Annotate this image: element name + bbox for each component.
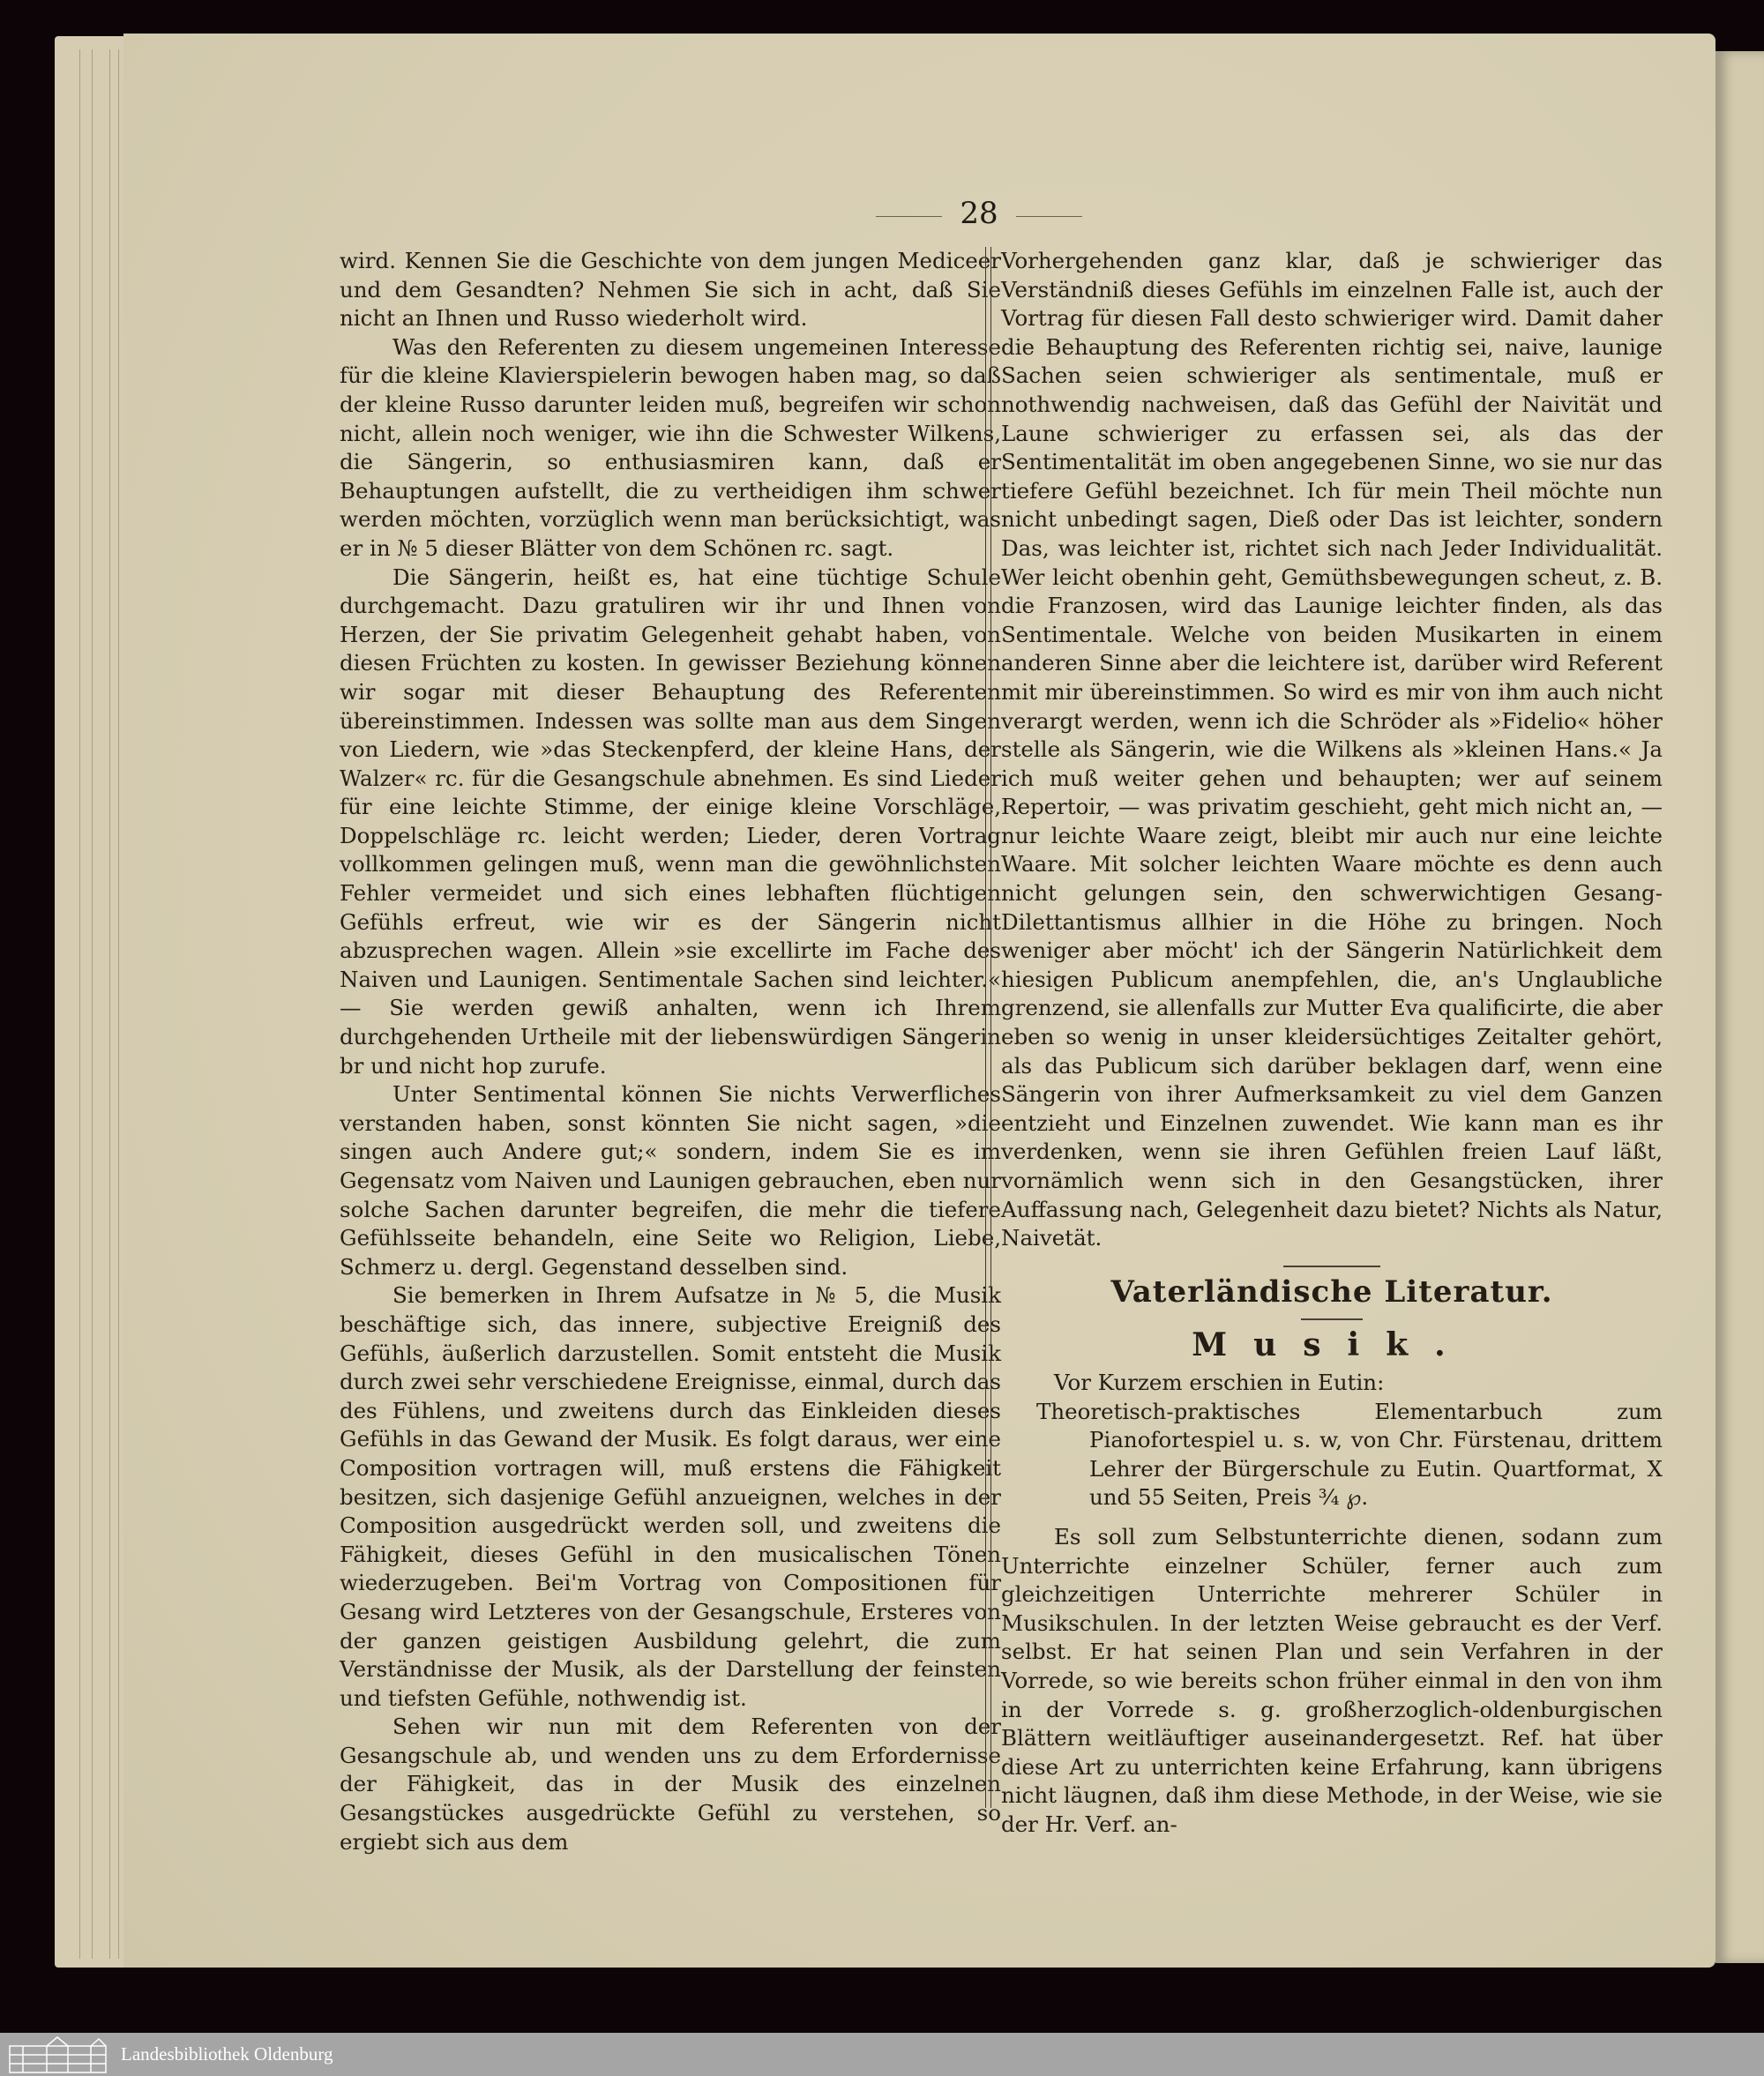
right-column: Vorhergehenden ganz klar, daß je schwier… xyxy=(1001,247,1663,1839)
subsection-title: Musik. xyxy=(1001,1331,1663,1360)
column-divider xyxy=(985,247,991,1808)
review-paragraph: Es soll zum Selbstunterrichte dienen, so… xyxy=(1001,1523,1663,1840)
left-column: wird. Kennen Sie die Geschichte von dem … xyxy=(340,247,1001,1856)
paragraph: Sie bemerken in Ihrem Aufsatze in № 5, d… xyxy=(340,1281,1001,1713)
header-rule-right xyxy=(1016,216,1082,217)
paragraph: Die Sängerin, heißt es, hat eine tüchtig… xyxy=(340,564,1001,1081)
header-rule-left xyxy=(876,216,942,217)
paragraph: Vorhergehenden ganz klar, daß je schwier… xyxy=(1001,247,1663,1253)
paragraph: Unter Sentimental können Sie nichts Verw… xyxy=(340,1080,1001,1281)
page-header: 28 xyxy=(864,196,1094,231)
page-edge-line xyxy=(109,49,110,1959)
section-divider xyxy=(1283,1266,1380,1267)
page-edge-line xyxy=(92,49,93,1959)
paragraph: Sehen wir nun mit dem Referenten von der… xyxy=(340,1713,1001,1856)
page-edge-line xyxy=(79,49,80,1959)
next-page-edge xyxy=(1715,51,1764,1963)
page-number: 28 xyxy=(960,196,998,231)
paragraph: Was den Referenten zu diesem ungemeinen … xyxy=(340,333,1001,564)
paragraph: wird. Kennen Sie die Geschichte von dem … xyxy=(340,247,1001,333)
library-name: Landesbibliothek Oldenburg xyxy=(121,2043,333,2065)
section-title: Vaterländische Literatur. xyxy=(1001,1278,1663,1307)
bibliography-entry: Theoretisch-praktisches Elementarbuch zu… xyxy=(1001,1398,1663,1512)
footer-bar: Landesbibliothek Oldenburg xyxy=(0,2033,1764,2076)
page-edge-line xyxy=(118,49,119,1959)
intro-line: Vor Kurzem erschien in Eutin: xyxy=(1001,1369,1663,1398)
subsection-divider xyxy=(1301,1318,1363,1320)
library-building-icon xyxy=(7,2035,108,2074)
